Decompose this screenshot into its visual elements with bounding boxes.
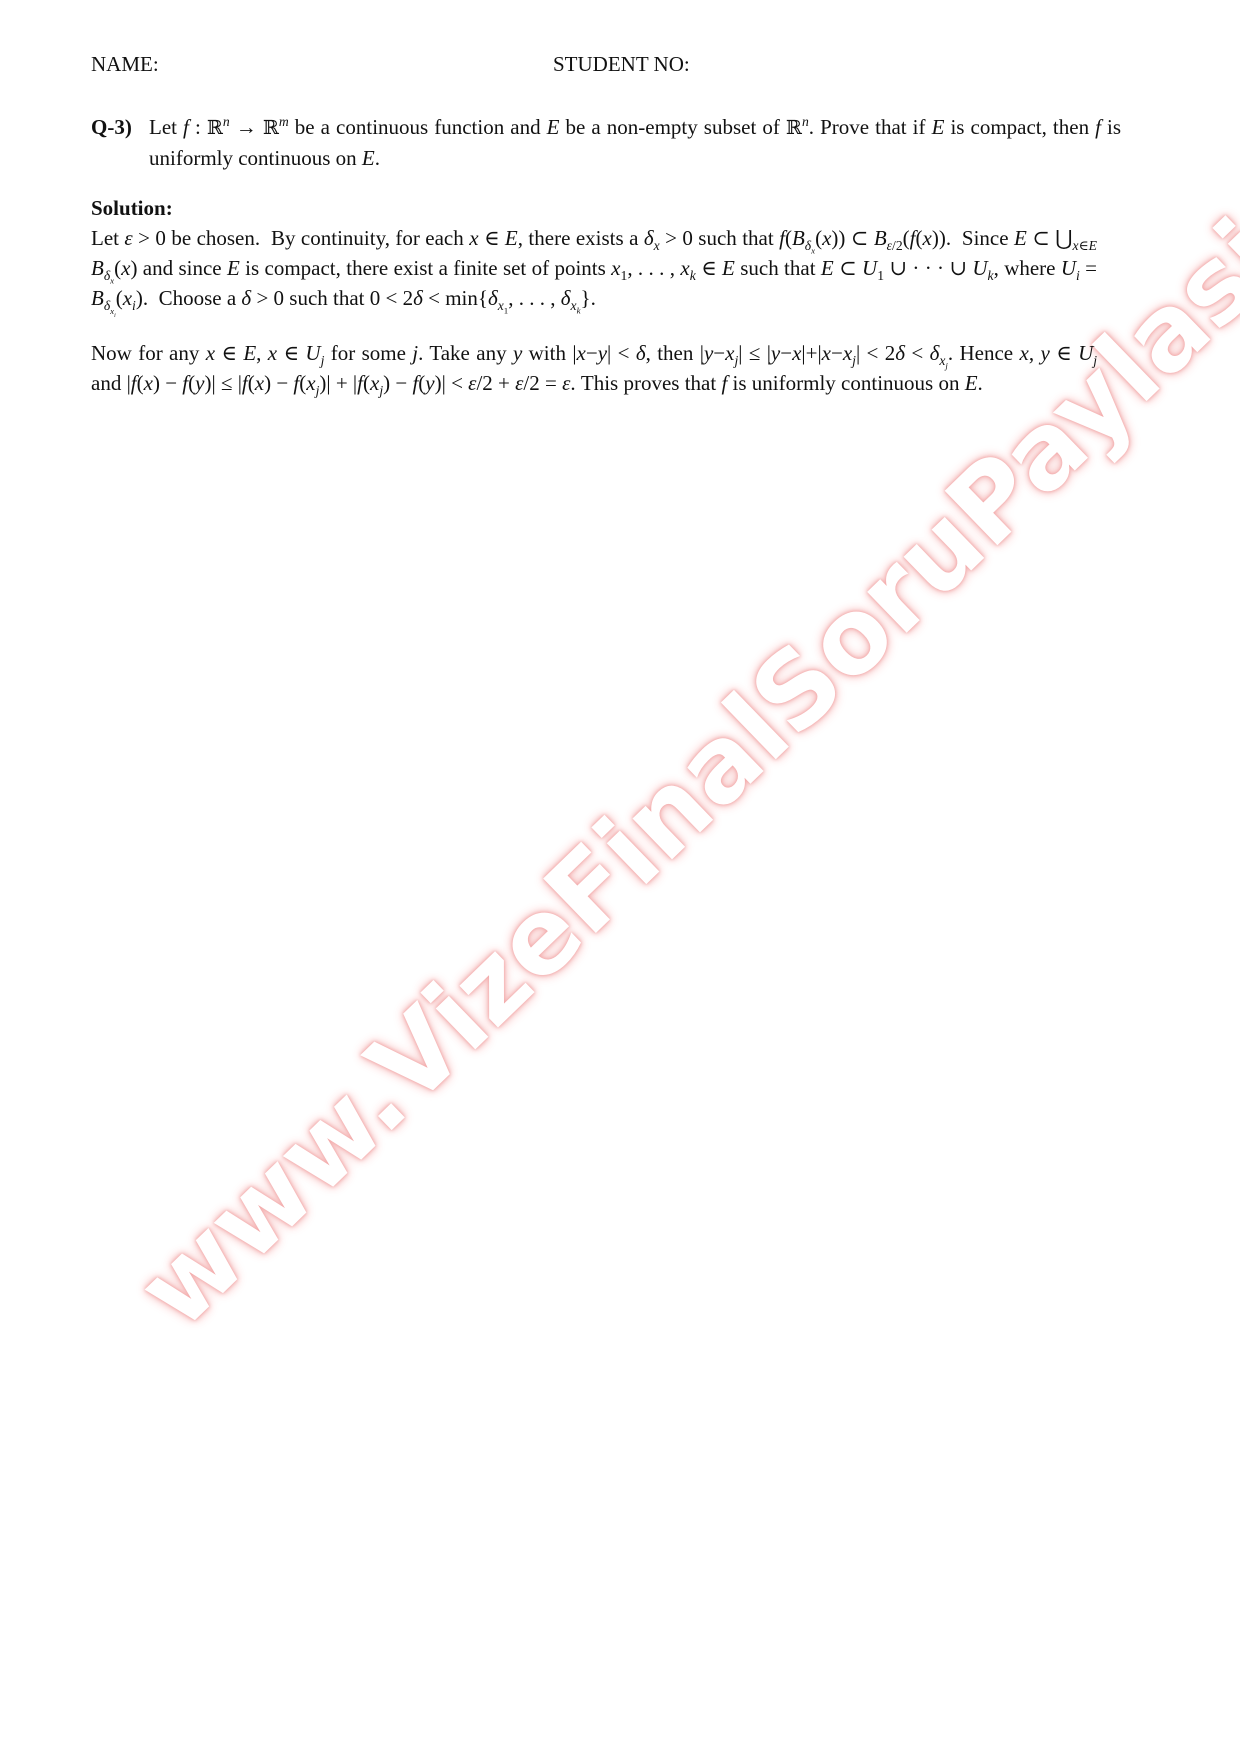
exam-page: www.VizeFinalSoruPaylasim.com NAME: STUD… xyxy=(0,0,1240,1754)
solution-block: Solution: Let ε > 0 be chosen. By contin… xyxy=(91,193,1097,398)
watermark: www.VizeFinalSoruPaylasim.com xyxy=(114,291,1206,1351)
solution-paragraph-1: Let ε > 0 be chosen. By continuity, for … xyxy=(91,223,1097,316)
student-no-label: STUDENT NO: xyxy=(553,52,690,77)
name-label: NAME: xyxy=(91,52,159,77)
question-block: Q-3) Let f : ℝn → ℝm be a continuous fun… xyxy=(91,112,1131,173)
question-text: Let f : ℝn → ℝm be a continuous function… xyxy=(149,112,1121,173)
question-number: Q-3) xyxy=(91,112,132,142)
solution-title: Solution: xyxy=(91,193,1097,223)
solution-paragraph-2: Now for any x ∈ E, x ∈ Uj for some j. Ta… xyxy=(91,338,1097,398)
